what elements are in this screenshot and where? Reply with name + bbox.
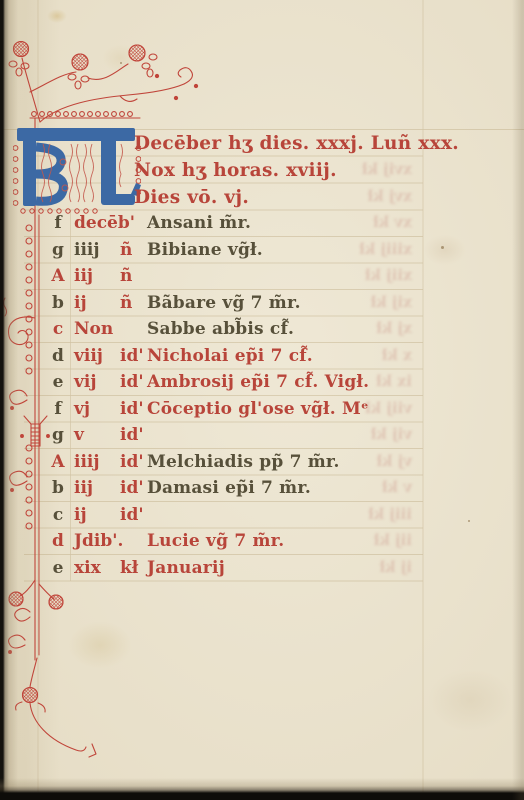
feast-entry: Damasi ep̃i 7 m̃r. (147, 475, 427, 502)
dominical-letter: f (46, 210, 70, 237)
manuscript-page: xvij kłxvj kłxv kłxiiij kłxiij kłxij kłx… (0, 0, 524, 800)
nones-ides-abbrev (120, 316, 147, 343)
calendar-row: gvid' (0, 422, 430, 449)
feast-entry (147, 502, 427, 529)
nones-ides-abbrev: ñ (120, 290, 147, 317)
speck (120, 62, 122, 64)
page-edge-right (512, 0, 524, 800)
speck (441, 246, 444, 249)
calendar-row: fdecēb'Ansani m̃r. (0, 210, 430, 237)
nones-ides-abbrev: id' (120, 369, 147, 396)
nones-ides-abbrev: kł (120, 555, 147, 582)
nones-ides-abbrev: id' (120, 422, 147, 449)
tendril (40, 84, 184, 122)
nones-ides-abbrev: id' (120, 449, 147, 476)
dominical-letter: A (46, 449, 70, 476)
dominical-letter: g (46, 422, 70, 449)
month-header-line2: Nox hʒ horas. xviij. (134, 157, 494, 184)
dominical-letter: c (46, 502, 70, 529)
calendar-row: bijñBãbare vg̃ 7 m̃r. (0, 290, 430, 317)
calendar-row: Aiiijid'Melchiadis pp̃ 7 m̃r. (0, 449, 430, 476)
feast-entry (147, 263, 427, 290)
calendar-row: evijid'Ambrosij ep̃i 7 cf̃. Vigł. (0, 369, 430, 396)
dominical-letter: d (46, 343, 70, 370)
nones-ides-abbrev: ñ (120, 237, 147, 264)
dominical-letter: b (46, 290, 70, 317)
feast-entry: Bibiane vg̃ł. (147, 237, 427, 264)
feast-entry: Sabbe abb̃is cf̃. (147, 316, 427, 343)
month-header-line1: Decēber hʒ dies. xxxj. Luñ xxx. (134, 130, 494, 157)
nones-ides-abbrev (120, 528, 147, 555)
kl-penwork-infill (42, 144, 123, 202)
feast-entry: Lucie vg̃ 7 m̃r. (147, 528, 427, 555)
kl-initial (13, 116, 141, 214)
dominical-letter: A (46, 263, 70, 290)
calendar-row: giiijñBibiane vg̃ł. (0, 237, 430, 264)
dominical-letter: f (46, 396, 70, 423)
calendar-row: exixkłJanuarij (0, 555, 430, 582)
page-edge-bottom (0, 778, 524, 800)
nones-ides-abbrev: ñ (120, 263, 147, 290)
nones-ides-abbrev: id' (120, 396, 147, 423)
calendar-row: dviijid'Nicholai ep̃i 7 cf̃. (0, 343, 430, 370)
feast-entry: Ansani m̃r. (147, 210, 427, 237)
crosshatch-roundel (14, 42, 29, 57)
nones-ides-abbrev: id' (120, 475, 147, 502)
feast-entry: Cōceptio gl'ose vg̃ł. Mᵉ (147, 396, 427, 423)
dominical-letter: c (46, 316, 70, 343)
calendar-row: Aiijñ (0, 263, 430, 290)
dominical-letter: g (46, 237, 70, 264)
calendar-row: dJdib'.Lucie vg̃ 7 m̃r. (0, 528, 430, 555)
month-header-line3: Dies vō. vj. (134, 184, 494, 211)
feast-entry: Januarij (147, 555, 427, 582)
nones-ides-abbrev: id' (120, 502, 147, 529)
dominical-letter: e (46, 555, 70, 582)
calendar-row: biijid'Damasi ep̃i 7 m̃r. (0, 475, 430, 502)
dominical-letter: b (46, 475, 70, 502)
dominical-letter: e (46, 369, 70, 396)
nones-ides-abbrev: id' (120, 343, 147, 370)
feast-entry: Bãbare vg̃ 7 m̃r. (147, 290, 427, 317)
dominical-letter: d (46, 528, 70, 555)
feast-entry: Nicholai ep̃i 7 cf̃. (147, 343, 427, 370)
nones-ides-abbrev (120, 210, 147, 237)
calendar-row: fvjid'Cōceptio gl'ose vg̃ł. Mᵉ (0, 396, 430, 423)
feast-entry: Ambrosij ep̃i 7 cf̃. Vigł. (147, 369, 427, 396)
feast-entry: Melchiadis pp̃ 7 m̃r. (147, 449, 427, 476)
kl-blue-letterforms (17, 128, 141, 206)
feast-entry (147, 422, 427, 449)
calendar-row: cijid' (0, 502, 430, 529)
speck (468, 520, 470, 522)
calendar-row: cNonSabbe abb̃is cf̃. (0, 316, 430, 343)
